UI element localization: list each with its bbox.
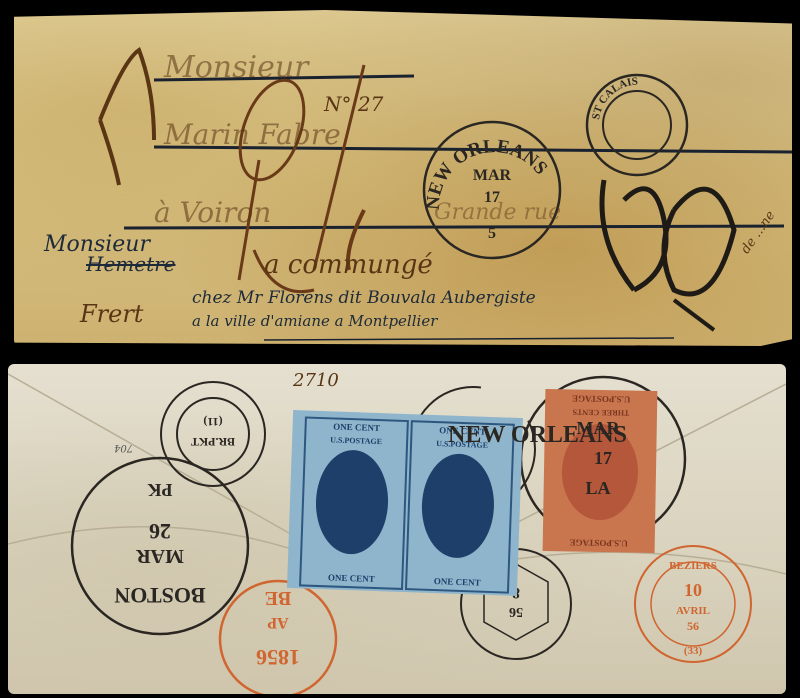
svg-text:MAR: MAR	[473, 167, 512, 184]
address-line-3-left: Frert	[80, 300, 143, 328]
address-line-4: a la ville d'amiane a Montpellier	[192, 312, 437, 330]
struck-line-2: Marin Fabre	[164, 118, 341, 151]
svg-text:5: 5	[488, 225, 496, 242]
transit-postmark	[587, 75, 687, 175]
svg-text:LA: LA	[585, 478, 610, 498]
svg-text:MAR: MAR	[577, 418, 621, 438]
svg-text:ST CALAIS: ST CALAIS	[590, 75, 638, 120]
address-line-3: chez Mr Florens dit Bouvala Aubergiste	[192, 288, 536, 308]
side-note: 704	[114, 442, 133, 453]
struck-line-3: à Voiron	[154, 196, 271, 229]
envelope-back: BR.PKT (11) BOSTON MAR 26 PK 1856 AP BE …	[8, 364, 786, 694]
rate-marking: N° 27	[324, 92, 383, 116]
pencil-note: 2710	[293, 370, 339, 391]
svg-text:17: 17	[594, 448, 612, 468]
struck-line-1: Monsieur	[164, 50, 309, 85]
struck-line-4: Grande rue	[434, 200, 561, 225]
address-line-2-struck: Hemetre	[86, 252, 176, 276]
address-line-2: a commungé	[264, 250, 433, 280]
new-orleans-back-text: NEW ORLEANS MAR 17 LA	[8, 364, 786, 694]
envelope-front: MAR 17 5 NEW ORLEANS ST CALAIS Monsieur …	[14, 10, 792, 346]
